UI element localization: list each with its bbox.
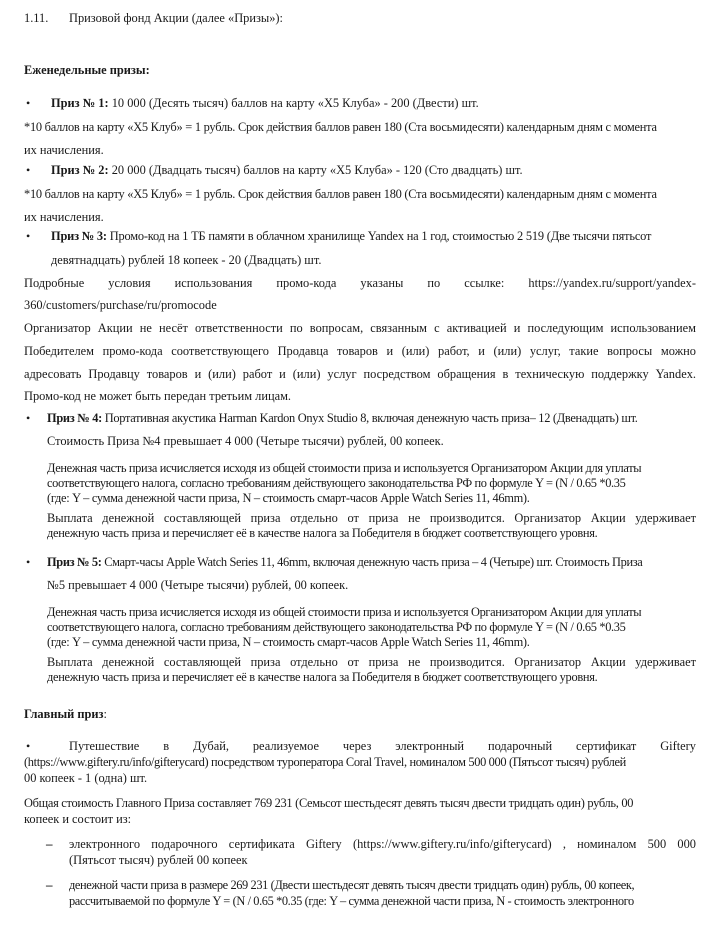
main-prize-component: электронного подарочного сертификата Gif… bbox=[69, 836, 696, 852]
prize-1-line: Приз № 1: 10 000 (Десять тысяч) баллов н… bbox=[51, 95, 479, 111]
prize-5-cash-part: соответствующего налога, согласно требов… bbox=[47, 620, 625, 635]
prize-2-text: 20 000 (Двадцать тысяч) баллов на карту … bbox=[109, 163, 523, 177]
weekly-prizes-heading: Еженедельные призы: bbox=[24, 62, 150, 78]
prize-4-cash-part: соответствующего налога, согласно требов… bbox=[47, 476, 625, 491]
prize-4-line: Приз № 4: Портативная акустика Harman Ka… bbox=[47, 410, 638, 426]
main-prize-item-link: (https://www.giftery.ru/info/gifterycard… bbox=[24, 754, 626, 770]
bullet-icon: • bbox=[26, 554, 30, 570]
main-prize-component: денежной части приза в размере 269 231 (… bbox=[69, 877, 634, 893]
prize-3-liability: адресовать Продавцу товаров и (или) рабо… bbox=[24, 366, 696, 382]
dash-icon: – bbox=[46, 836, 53, 852]
prize-1-note: *10 баллов на карту «Х5 Клуб» = 1 рубль.… bbox=[24, 119, 657, 135]
prize-2-line: Приз № 2: 20 000 (Двадцать тысяч) баллов… bbox=[51, 162, 523, 178]
bullet-icon: • bbox=[26, 410, 30, 426]
prize-5-cash-part: (где: Y – сумма денежной части приза, N … bbox=[47, 635, 530, 650]
main-prize-component-cont: (Пятьсот тысяч) рублей 00 копеек bbox=[69, 852, 247, 868]
main-prize-total: Общая стоимость Главного Приза составляе… bbox=[24, 795, 633, 811]
prize-1-label: Приз № 1: bbox=[51, 96, 109, 110]
prize-4-payout: денежную часть приза и перечисляет её в … bbox=[47, 526, 597, 541]
prize-3-text-cont: девятнадцать) рублей 18 копеек - 20 (Два… bbox=[51, 252, 321, 268]
bullet-icon: • bbox=[26, 162, 30, 178]
main-prize-item: Путешествие в Дубай, реализуемое через э… bbox=[69, 738, 696, 754]
main-prize-total-cont: копеек и состоит из: bbox=[24, 811, 131, 827]
dash-icon: – bbox=[46, 877, 53, 893]
prize-2-label: Приз № 2: bbox=[51, 163, 109, 177]
prize-5-payout: Выплата денежной составляющей приза отде… bbox=[47, 655, 696, 670]
prize-5-text-cont: №5 превышает 4 000 (Четыре тысячи) рубле… bbox=[47, 577, 348, 593]
prize-4-text: Портативная акустика Harman Kardon Onyx … bbox=[102, 411, 638, 425]
section-title: Призовой фонд Акции (далее «Призы»): bbox=[69, 10, 283, 26]
prize-3-terms-link[interactable]: Подробные условия использования промо-ко… bbox=[24, 275, 696, 291]
prize-3-label: Приз № 3: bbox=[51, 229, 107, 243]
document-page: 1.11. Призовой фонд Акции (далее «Призы»… bbox=[0, 0, 720, 947]
main-prize-heading-text: Главный приз bbox=[24, 707, 104, 721]
main-prize-item-cont: 00 копеек - 1 (одна) шт. bbox=[24, 770, 147, 786]
prize-4-label: Приз № 4: bbox=[47, 411, 102, 425]
bullet-icon: • bbox=[26, 738, 30, 754]
prize-4-text-cont: Стоимость Приза №4 превышает 4 000 (Четы… bbox=[47, 433, 444, 449]
bullet-icon: • bbox=[26, 228, 30, 244]
bullet-icon: • bbox=[26, 95, 30, 111]
prize-3-terms-link-cont[interactable]: 360/customers/purchase/ru/promocode bbox=[24, 297, 217, 313]
prize-3-liability: Промо-код не может быть передан третьим … bbox=[24, 388, 291, 404]
prize-2-note-cont: их начисления. bbox=[24, 209, 104, 225]
prize-2-note: *10 баллов на карту «Х5 Клуб» = 1 рубль.… bbox=[24, 186, 657, 202]
section-number: 1.11. bbox=[24, 10, 48, 26]
prize-3-liability: Организатор Акции не несёт ответственнос… bbox=[24, 320, 696, 336]
prize-1-text: 10 000 (Десять тысяч) баллов на карту «Х… bbox=[109, 96, 479, 110]
prize-5-line: Приз № 5: Смарт-часы Apple Watch Series … bbox=[47, 554, 642, 570]
prize-4-payout: Выплата денежной составляющей приза отде… bbox=[47, 511, 696, 526]
main-prize-heading: Главный приз: bbox=[24, 706, 107, 722]
main-prize-component-cont: рассчитываемой по формуле Y = (N / 0.65 … bbox=[69, 893, 634, 909]
prize-5-text: Смарт-часы Apple Watch Series 11, 46mm, … bbox=[101, 555, 642, 569]
prize-5-cash-part: Денежная часть приза исчисляется исходя … bbox=[47, 605, 641, 620]
prize-4-cash-part: Денежная часть приза исчисляется исходя … bbox=[47, 461, 641, 476]
prize-5-label: Приз № 5: bbox=[47, 555, 101, 569]
prize-4-cash-part: (где: Y – сумма денежной части приза, N … bbox=[47, 491, 530, 506]
prize-3-liability: Победителем промо-кода соответствующего … bbox=[24, 343, 696, 359]
prize-5-payout: денежную часть приза и перечисляет её в … bbox=[47, 670, 597, 685]
prize-3-text: Промо-код на 1 ТБ памяти в облачном хран… bbox=[107, 229, 651, 243]
prize-1-note-cont: их начисления. bbox=[24, 142, 104, 158]
prize-3-line: Приз № 3: Промо-код на 1 ТБ памяти в обл… bbox=[51, 228, 651, 244]
